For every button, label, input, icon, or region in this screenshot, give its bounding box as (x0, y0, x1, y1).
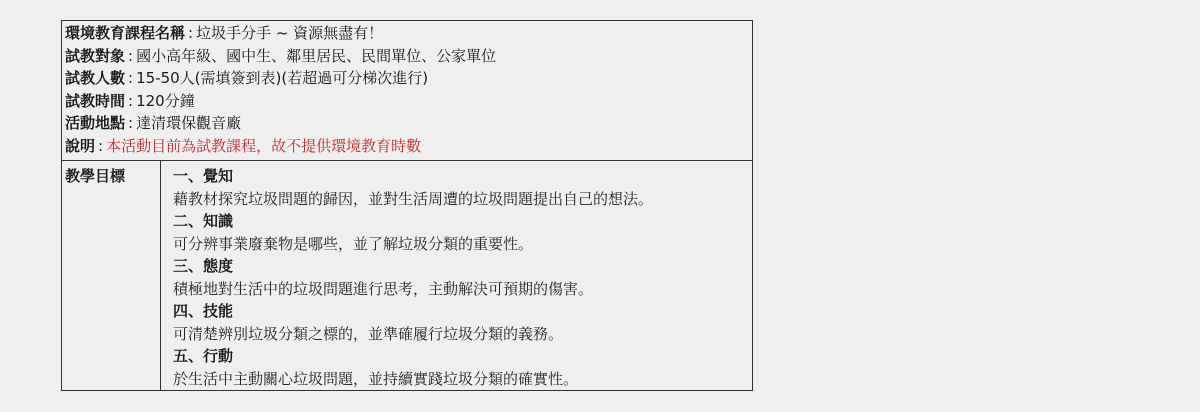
info-row-course-name: 環境教育課程名稱:垃圾手分手 ~ 資源無盡有！ (65, 22, 752, 45)
info-separator: : (95, 137, 106, 155)
info-value: 垃圾手分手 ~ 資源無盡有！ (196, 24, 383, 42)
info-row-participants: 試教人數:15-50人(需填簽到表)(若超過可分梯次進行) (65, 67, 752, 90)
info-label: 活動地點 (65, 114, 125, 132)
info-label: 試教時間 (65, 92, 125, 110)
objective-description: 於生活中主動關心垃圾問題，並持續實踐垃圾分類的確實性。 (173, 368, 752, 391)
info-separator: : (125, 114, 136, 132)
objective-description: 可清楚辨別垃圾分類之標的，並準確履行垃圾分類的義務。 (173, 323, 752, 346)
objective-item-awareness: 一、覺知 藉教材探究垃圾問題的歸因，並對生活周遭的垃圾問題提出自己的想法。 (173, 165, 752, 210)
objective-title: 三、態度 (173, 255, 752, 278)
objective-item-knowledge: 二、知識 可分辨事業廢棄物是哪些，並了解垃圾分類的重要性。 (173, 210, 752, 255)
objective-title: 五、行動 (173, 345, 752, 368)
objective-title: 四、技能 (173, 300, 752, 323)
objective-item-skills: 四、技能 可清楚辨別垃圾分類之標的，並準確履行垃圾分類的義務。 (173, 300, 752, 345)
objective-description: 藉教材探究垃圾問題的歸因，並對生活周遭的垃圾問題提出自己的想法。 (173, 188, 752, 211)
objective-description: 可分辨事業廢棄物是哪些，並了解垃圾分類的重要性。 (173, 233, 752, 256)
info-separator: : (125, 92, 136, 110)
objective-title: 一、覺知 (173, 165, 752, 188)
info-value: 達清環保觀音廠 (136, 114, 241, 132)
objectives-content: 一、覺知 藉教材探究垃圾問題的歸因，並對生活周遭的垃圾問題提出自己的想法。 二、… (161, 161, 752, 390)
info-row-note: 說明:本活動目前為試教課程，故不提供環境教育時數 (65, 135, 752, 158)
objective-item-attitude: 三、態度 積極地對生活中的垃圾問題進行思考，主動解決可預期的傷害。 (173, 255, 752, 300)
course-info-table: 環境教育課程名稱:垃圾手分手 ~ 資源無盡有！ 試教對象:國小高年級、國中生、鄰… (61, 20, 753, 391)
info-value-note-highlight: 本活動目前為試教課程，故不提供環境教育時數 (106, 137, 421, 155)
objectives-label: 教學目標 (62, 161, 161, 390)
info-label: 試教對象 (65, 47, 125, 65)
info-row-duration: 試教時間:120分鐘 (65, 90, 752, 113)
info-value: 國小高年級、國中生、鄰里居民、民間單位、公家單位 (136, 47, 496, 65)
info-separator: : (185, 24, 196, 42)
objective-title: 二、知識 (173, 210, 752, 233)
course-info-header: 環境教育課程名稱:垃圾手分手 ~ 資源無盡有！ 試教對象:國小高年級、國中生、鄰… (62, 21, 752, 161)
info-separator: : (125, 47, 136, 65)
info-label: 說明 (65, 137, 95, 155)
info-row-location: 活動地點:達清環保觀音廠 (65, 112, 752, 135)
info-label: 試教人數 (65, 69, 125, 87)
info-separator: : (125, 69, 136, 87)
objective-item-action: 五、行動 於生活中主動關心垃圾問題，並持續實踐垃圾分類的確實性。 (173, 345, 752, 390)
objective-description: 積極地對生活中的垃圾問題進行思考，主動解決可預期的傷害。 (173, 278, 752, 301)
teaching-objectives-section: 教學目標 一、覺知 藉教材探究垃圾問題的歸因，並對生活周遭的垃圾問題提出自己的想… (62, 161, 752, 390)
info-value: 120分鐘 (136, 92, 195, 110)
info-label: 環境教育課程名稱 (65, 24, 185, 42)
info-row-target-audience: 試教對象:國小高年級、國中生、鄰里居民、民間單位、公家單位 (65, 45, 752, 68)
info-value: 15-50人(需填簽到表)(若超過可分梯次進行) (136, 69, 428, 87)
